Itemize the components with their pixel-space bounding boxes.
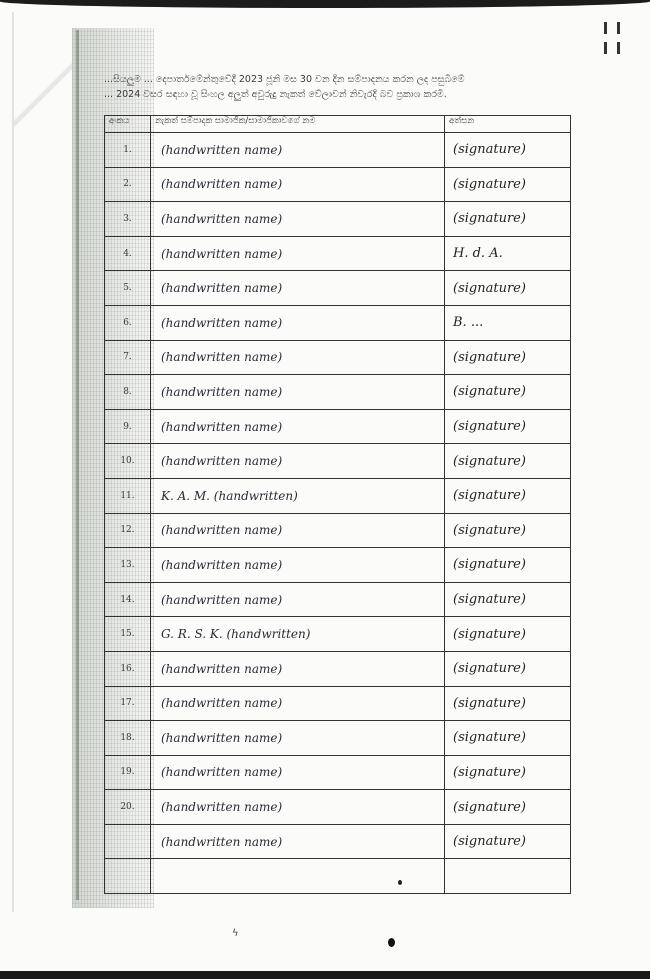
row-number: 2.	[105, 167, 151, 202]
member-name: (handwritten name)	[151, 548, 445, 583]
row-number: 17.	[105, 686, 151, 721]
row-number: 9.	[105, 409, 151, 444]
member-name: (handwritten name)	[151, 824, 445, 859]
member-name: (handwritten name)	[151, 375, 445, 410]
table-row: 9.(handwritten name)(signature)	[105, 409, 571, 444]
row-number: 12.	[105, 513, 151, 548]
member-name: (handwritten name)	[151, 202, 445, 237]
member-signature: (signature)	[445, 513, 571, 548]
member-signature: (signature)	[445, 721, 571, 756]
member-signature: (signature)	[445, 409, 571, 444]
table-row: 10.(handwritten name)(signature)	[105, 444, 571, 479]
member-name: (handwritten name)	[151, 582, 445, 617]
member-name: (handwritten name)	[151, 305, 445, 340]
row-number: 14.	[105, 582, 151, 617]
ink-mark	[398, 880, 402, 885]
scan-bottom-edge	[0, 971, 650, 979]
row-number: 18.	[105, 721, 151, 756]
table-row: 11.K. A. M. (handwritten)(signature)	[105, 478, 571, 513]
member-name: (handwritten name)	[151, 167, 445, 202]
member-name: G. R. S. K. (handwritten)	[151, 617, 445, 652]
member-name: (handwritten name)	[151, 444, 445, 479]
member-signature: (signature)	[445, 271, 571, 306]
table-row: 18.(handwritten name)(signature)	[105, 721, 571, 756]
table-row: 6.(handwritten name)B. ...	[105, 305, 571, 340]
table-row: 19.(handwritten name)(signature)	[105, 755, 571, 790]
member-name	[151, 859, 445, 894]
row-number: 4.	[105, 236, 151, 271]
ink-mark: ϟ	[232, 928, 239, 939]
member-name: (handwritten name)	[151, 133, 445, 168]
row-number: 11.	[105, 478, 151, 513]
row-number: 7.	[105, 340, 151, 375]
member-name: K. A. M. (handwritten)	[151, 478, 445, 513]
punch-marks	[604, 22, 620, 54]
member-signature: H. d. A.	[445, 236, 571, 271]
row-number: 5.	[105, 271, 151, 306]
member-signature: (signature)	[445, 824, 571, 859]
table-row: 13.(handwritten name)(signature)	[105, 548, 571, 583]
table-row: 17.(handwritten name)(signature)	[105, 686, 571, 721]
declaration-line-1: ...සියලුම ... දෙපාර්තමේන්තුවේදී 2023 ජූන…	[104, 72, 574, 87]
member-name: (handwritten name)	[151, 790, 445, 825]
member-signature: (signature)	[445, 375, 571, 410]
member-name: (handwritten name)	[151, 271, 445, 306]
row-number: 16.	[105, 651, 151, 686]
declaration-text: ...සියලුම ... දෙපාර්තමේන්තුවේදී 2023 ජූන…	[104, 72, 574, 102]
member-name: (handwritten name)	[151, 409, 445, 444]
scan-top-edge	[0, 0, 650, 8]
table-row: 16.(handwritten name)(signature)	[105, 651, 571, 686]
table-row: 15.G. R. S. K. (handwritten)(signature)	[105, 617, 571, 652]
row-number: 20.	[105, 790, 151, 825]
scan-binding-edge	[76, 30, 79, 900]
signature-table: අංකය නැකත් සම්පාදක සාමාජික/සාමාජිකාවගේ න…	[104, 115, 571, 894]
row-number	[105, 824, 151, 859]
row-number: 15.	[105, 617, 151, 652]
table-header-row: අංකය නැකත් සම්පාදක සාමාජික/සාමාජිකාවගේ න…	[105, 116, 571, 133]
member-name: (handwritten name)	[151, 686, 445, 721]
table-row: (handwritten name)(signature)	[105, 824, 571, 859]
table-row: 3.(handwritten name)(signature)	[105, 202, 571, 237]
table-row: 8.(handwritten name)(signature)	[105, 375, 571, 410]
table-row: 4.(handwritten name)H. d. A.	[105, 236, 571, 271]
row-number: 1.	[105, 133, 151, 168]
member-name: (handwritten name)	[151, 651, 445, 686]
table-row: 1.(handwritten name)(signature)	[105, 133, 571, 168]
table-row	[105, 859, 571, 894]
row-number: 3.	[105, 202, 151, 237]
member-name: (handwritten name)	[151, 721, 445, 756]
member-name: (handwritten name)	[151, 340, 445, 375]
header-signature: අත්සන	[445, 116, 571, 133]
member-signature: (signature)	[445, 790, 571, 825]
member-name: (handwritten name)	[151, 513, 445, 548]
row-number: 10.	[105, 444, 151, 479]
member-signature: (signature)	[445, 582, 571, 617]
member-name: (handwritten name)	[151, 755, 445, 790]
table-row: 20.(handwritten name)(signature)	[105, 790, 571, 825]
member-signature	[445, 859, 571, 894]
table-row: 12.(handwritten name)(signature)	[105, 513, 571, 548]
member-signature: (signature)	[445, 202, 571, 237]
table-row: 2.(handwritten name)(signature)	[105, 167, 571, 202]
header-number: අංකය	[105, 116, 151, 133]
member-signature: (signature)	[445, 340, 571, 375]
member-name: (handwritten name)	[151, 236, 445, 271]
member-signature: (signature)	[445, 444, 571, 479]
row-number: 13.	[105, 548, 151, 583]
row-number: 19.	[105, 755, 151, 790]
table-row: 14.(handwritten name)(signature)	[105, 582, 571, 617]
table-row: 7.(handwritten name)(signature)	[105, 340, 571, 375]
member-signature: (signature)	[445, 167, 571, 202]
member-signature: (signature)	[445, 755, 571, 790]
table-row: 5.(handwritten name)(signature)	[105, 271, 571, 306]
member-signature: B. ...	[445, 305, 571, 340]
member-signature: (signature)	[445, 548, 571, 583]
row-number: 6.	[105, 305, 151, 340]
member-signature: (signature)	[445, 651, 571, 686]
member-signature: (signature)	[445, 478, 571, 513]
row-number: 8.	[105, 375, 151, 410]
ink-blot	[388, 938, 395, 947]
row-number	[105, 859, 151, 894]
declaration-line-2: ... 2024 වසර සඳහා වූ සිංහල අලුත් අවුරුදු…	[104, 87, 574, 102]
member-signature: (signature)	[445, 617, 571, 652]
member-signature: (signature)	[445, 686, 571, 721]
member-signature: (signature)	[445, 133, 571, 168]
header-name: නැකත් සම්පාදක සාමාජික/සාමාජිකාවගේ නම	[151, 116, 445, 133]
